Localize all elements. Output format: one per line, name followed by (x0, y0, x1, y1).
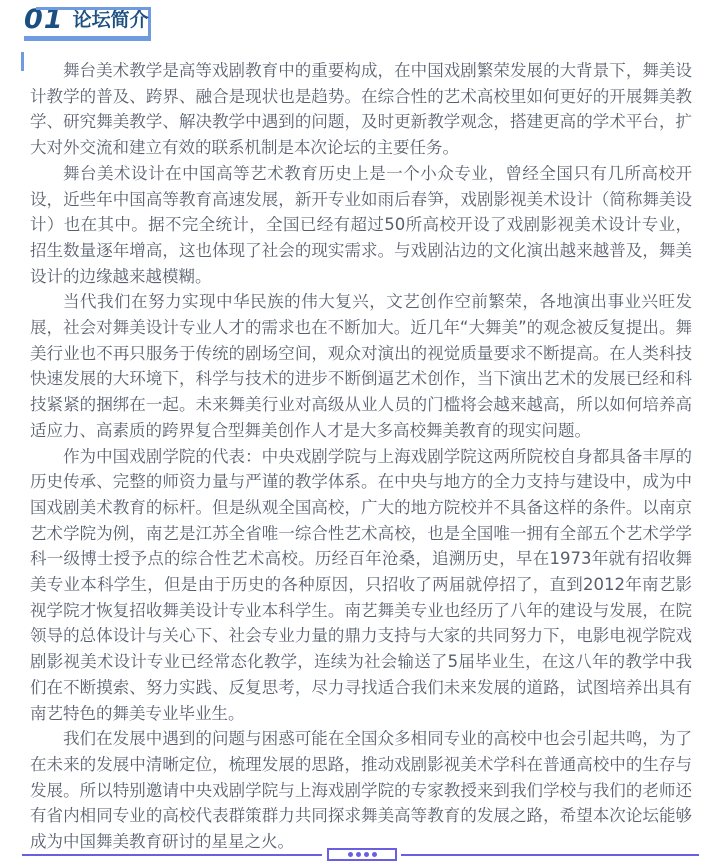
divider-line-left (22, 854, 322, 856)
section-title: 论坛简介 (73, 11, 149, 30)
paragraph-2: 舞台美术设计在中国高等艺术教育历史上是一个小众专业，曾经全国只有几所高校开设，近… (30, 161, 692, 290)
paragraph-1: 舞台美术教学是高等戏剧教育中的重要构成，在中国戏剧繁荣发展的大背景下，舞美设计教… (30, 58, 692, 161)
article-body: 舞台美术教学是高等戏剧教育中的重要构成，在中国戏剧繁荣发展的大背景下，舞美设计教… (30, 58, 692, 855)
section-header: 01 论坛简介 (24, 7, 151, 41)
paragraph-5: 我们在发展中遇到的问题与困惑可能在全国众多相同专业的高校中也会引起共鸣，为了在未… (30, 726, 692, 855)
dot-icon (364, 852, 369, 857)
header-tick-decoration (21, 52, 24, 71)
dot-icon (372, 852, 377, 857)
paragraph-3: 当代我们在努力实现中华民族的伟大复兴，文艺创作空前繁荣，各地演出事业兴旺发展，社… (30, 289, 692, 443)
divider-line-right (401, 854, 699, 856)
dot-icon (348, 852, 353, 857)
divider-dots-box (327, 848, 397, 861)
section-number: 01 (24, 6, 64, 33)
dot-icon (356, 852, 361, 857)
paragraph-4: 作为中国戏剧学院的代表：中央戏剧学院与上海戏剧学院这两所院校自身都具备丰厚的历史… (30, 444, 692, 727)
article-page: { "header": { "number": "01", "title": "… (0, 0, 719, 868)
